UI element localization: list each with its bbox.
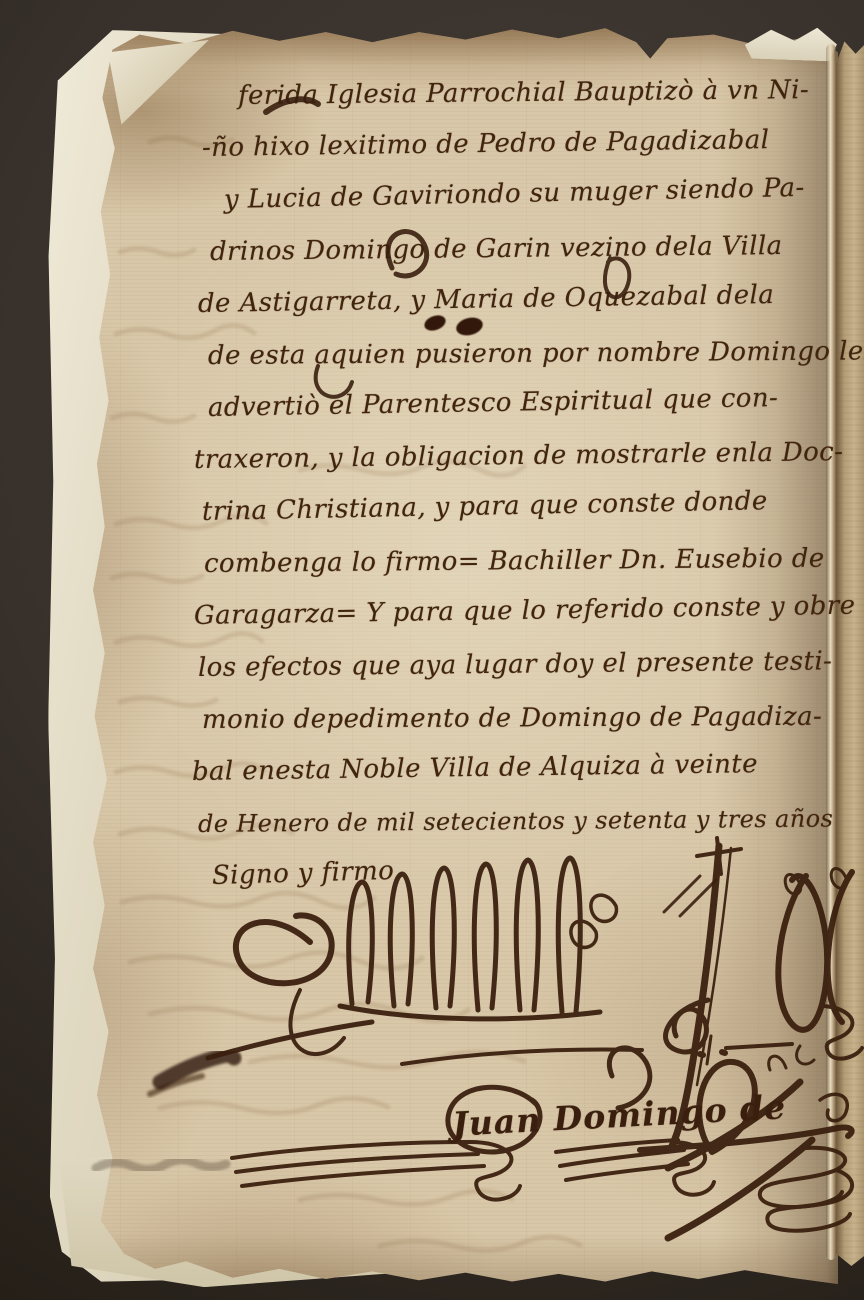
manuscript-line: advertiò el Parentesco Espiritual que co… [208,371,845,434]
manuscript-line: de Astigarreta, y Maria de Oquezabal del… [198,268,845,330]
manuscript-line: los efectos que aya lugar doy el present… [198,635,845,694]
manuscript-photo: ferida Iglesia Parrochial Bauptizò à vn … [0,0,864,1300]
manuscript-line: trina Christiana, y para que conste dond… [202,474,845,538]
page-text: ferida Iglesia Parrochial Bauptizò à vn … [196,70,844,902]
manuscript-line: bal enesta Noble Villa de Alquiza à vein… [192,737,845,798]
manuscript-line: Garagarza= Y para que lo referido conste… [194,580,845,642]
manuscript-line: ferida Iglesia Parrochial Bauptizò à vn … [238,64,845,122]
torn-edge-curl [744,22,837,61]
